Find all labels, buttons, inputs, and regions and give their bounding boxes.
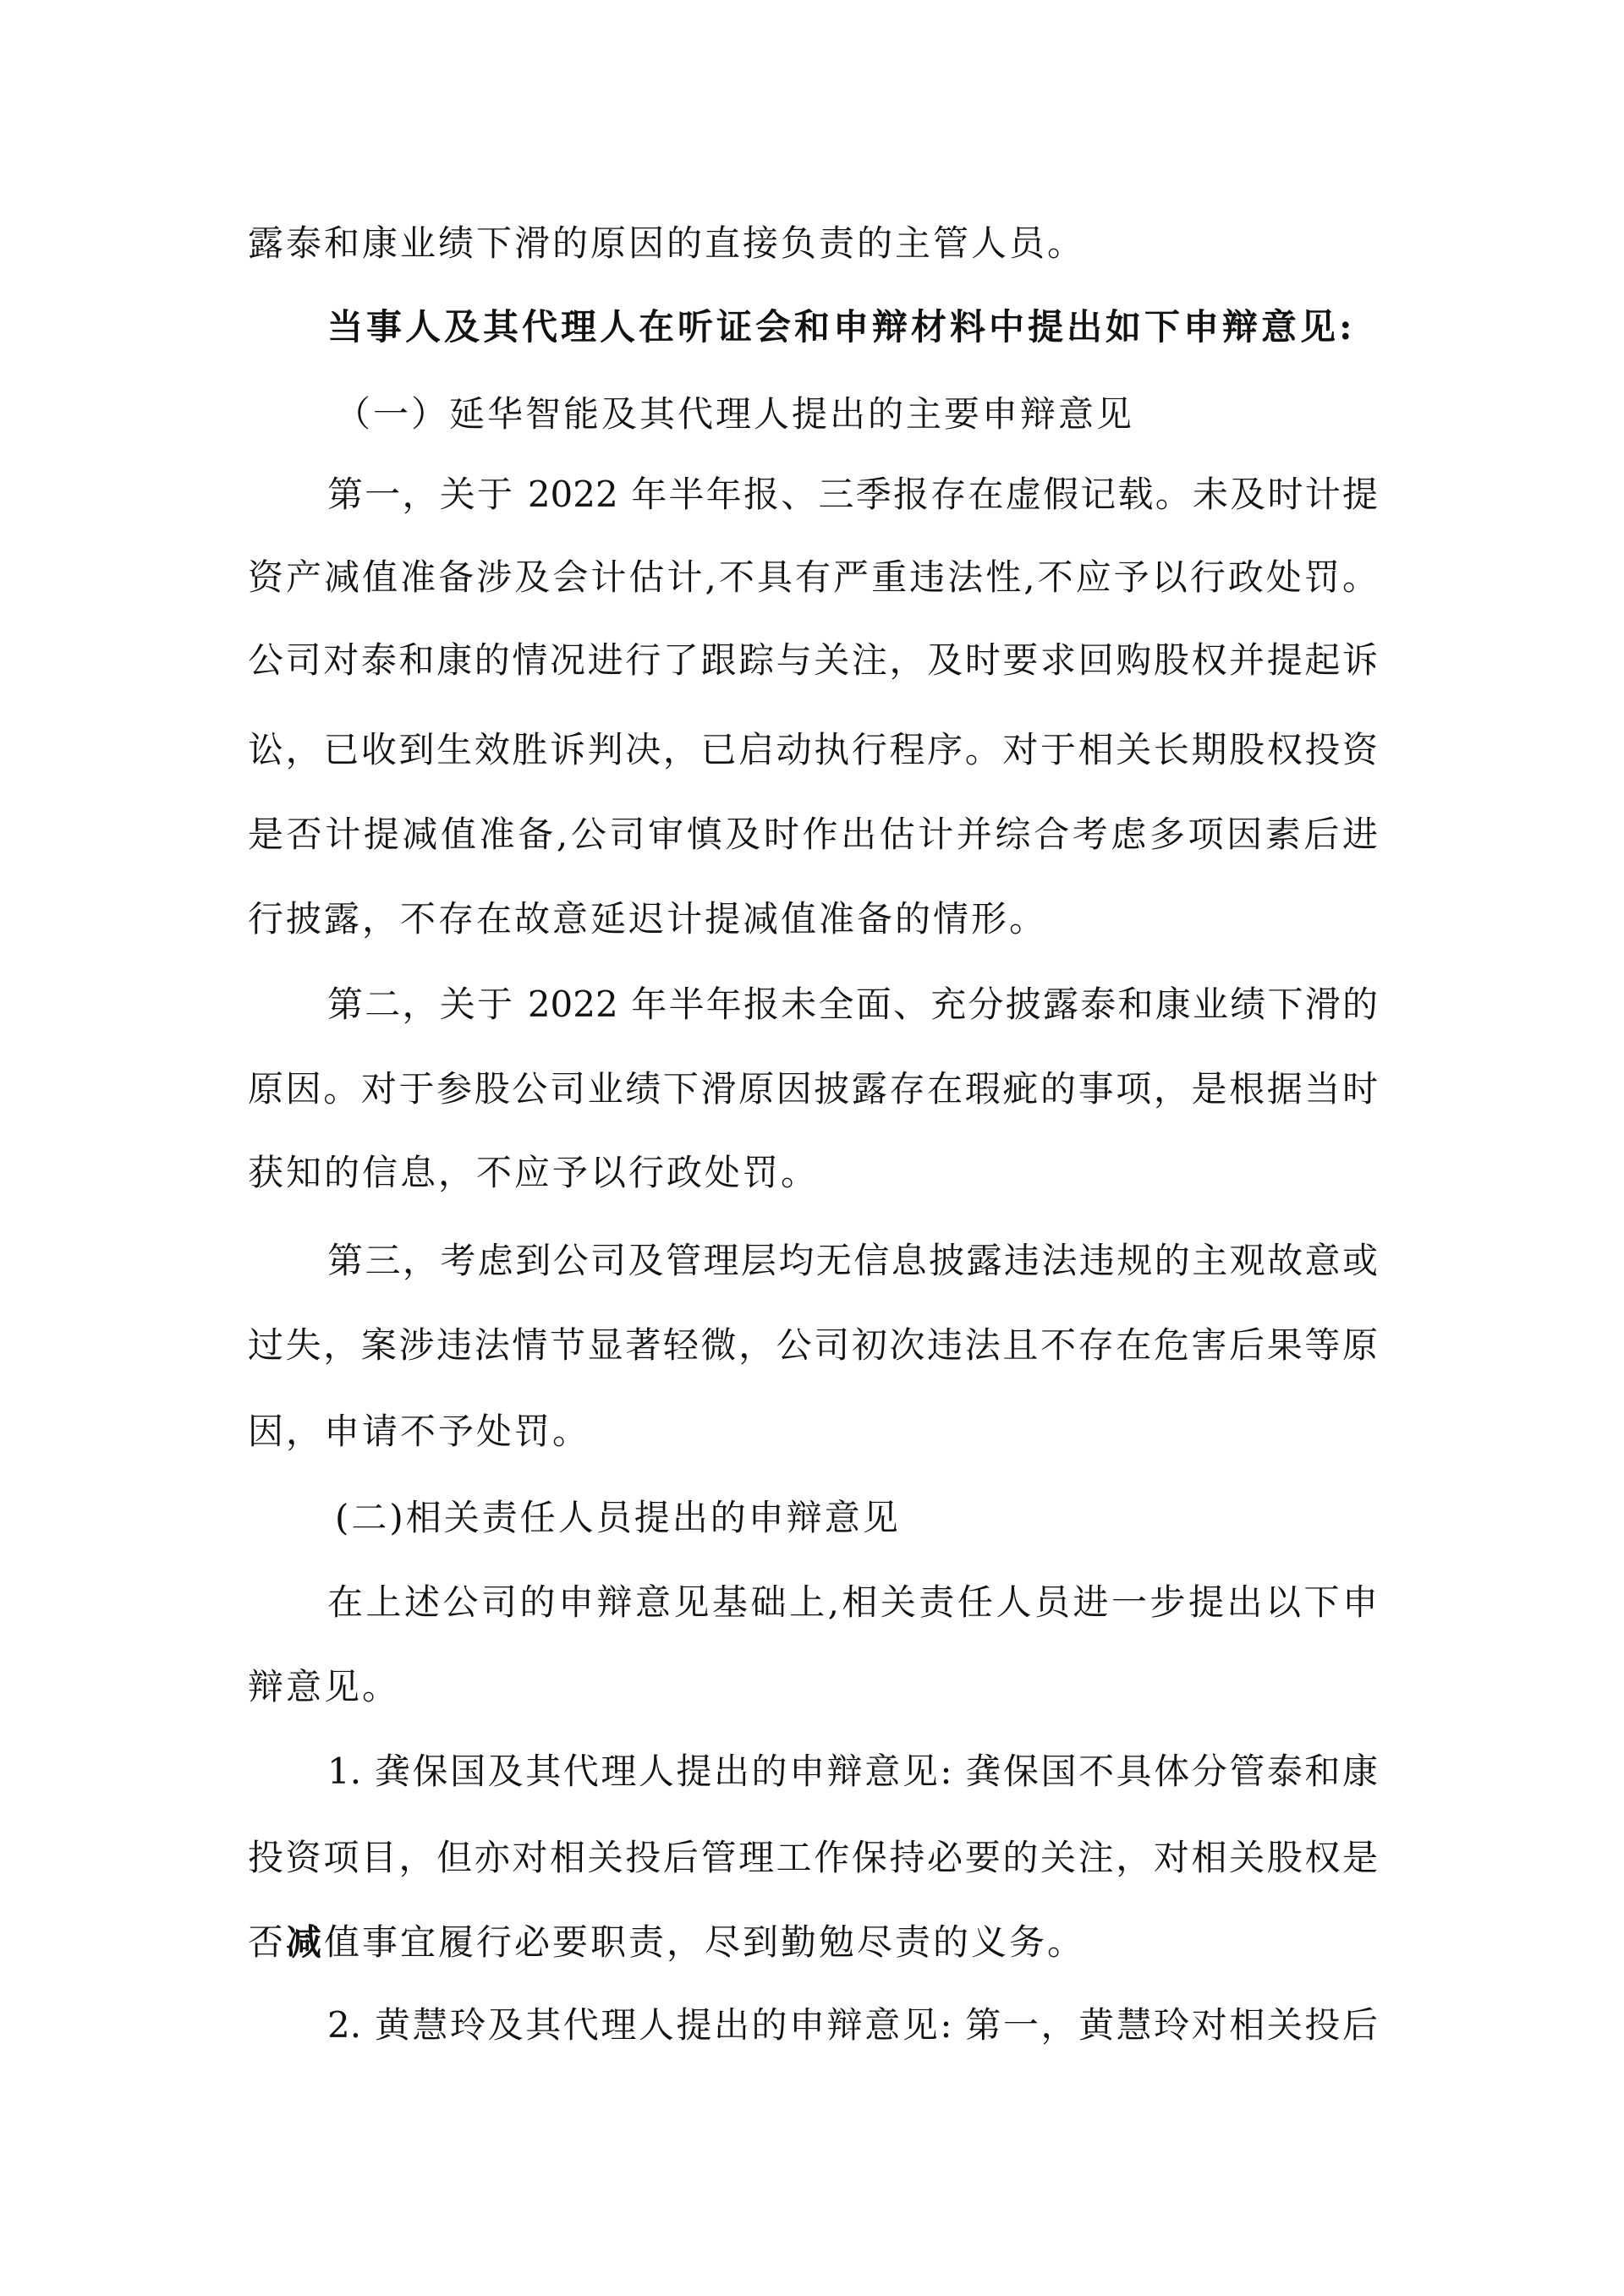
paragraph-line: 第二，关于 2022 年半年报未全面、充分披露泰和康业绩下滑的 bbox=[327, 979, 1378, 1030]
document-page: 露泰和康业绩下滑的原因的直接负责的主管人员。 当事人及其代理人在听证会和申辩材料… bbox=[0, 0, 1624, 2296]
paragraph-line: 行披露，不存在故意延迟计提减值准备的情形。 bbox=[248, 894, 1378, 945]
paragraph-line: 原因。对于参股公司业绩下滑原因披露存在瑕疵的事项，是根据当时 bbox=[248, 1064, 1378, 1115]
paragraph-line: 在上述公司的申辩意见基础上,相关责任人员进一步提出以下申 bbox=[327, 1577, 1378, 1628]
paragraph-line: 辩意见。 bbox=[248, 1662, 1378, 1712]
subsection-heading: (二)相关责任人员提出的申辩意见 bbox=[335, 1493, 1378, 1543]
paragraph-line: 资产减值准备涉及会计估计,不具有严重违法性,不应予以行政处罚。 bbox=[248, 552, 1378, 603]
paragraph-line: 露泰和康业绩下滑的原因的直接负责的主管人员。 bbox=[248, 218, 1378, 269]
paragraph-line: 投资项目，但亦对相关投后管理工作保持必要的关注，对相关股权是 bbox=[248, 1833, 1378, 1883]
subsection-heading: （一）延华智能及其代理人提出的主要申辩意见 bbox=[335, 389, 1378, 440]
paragraph-line: 讼，已收到生效胜诉判决，已启动执行程序。对于相关长期股权投资 bbox=[248, 725, 1378, 775]
paragraph-line: 公司对泰和康的情况进行了跟踪与关注，及时要求回购股权并提起诉 bbox=[248, 635, 1378, 686]
paragraph-line: 否减值事宜履行必要职责，尽到勤勉尽责的义务。 bbox=[248, 1917, 1378, 1968]
paragraph-line: 2. 黄慧玲及其代理人提出的申辩意见: 第一，黄慧玲对相关投后 bbox=[327, 2000, 1378, 2051]
paragraph-line: 1. 龚保国及其代理人提出的申辩意见: 龚保国不具体分管泰和康 bbox=[327, 1746, 1378, 1797]
paragraph-line: 过失，案涉违法情节显著轻微，公司初次违法且不存在危害后果等原 bbox=[248, 1320, 1378, 1371]
line-text: 否 bbox=[248, 1921, 286, 1963]
section-heading: 当事人及其代理人在听证会和申辩材料中提出如下申辩意见: bbox=[327, 302, 1378, 353]
paragraph-line: 第三，考虑到公司及管理层均无信息披露违法违规的主观故意或 bbox=[327, 1236, 1378, 1286]
bold-char: 减 bbox=[286, 1921, 324, 1963]
paragraph-line: 第一，关于 2022 年半年报、三季报存在虚假记载。未及时计提 bbox=[327, 469, 1378, 520]
line-text: 值事宜履行必要职责，尽到勤勉尽责的义务。 bbox=[324, 1921, 1085, 1963]
paragraph-line: 是否计提减值准备,公司审慎及时作出估计并综合考虑多项因素后进 bbox=[248, 809, 1378, 860]
paragraph-line: 因，申请不予处罚。 bbox=[248, 1406, 1378, 1457]
paragraph-line: 获知的信息，不应予以行政处罚。 bbox=[248, 1148, 1378, 1198]
